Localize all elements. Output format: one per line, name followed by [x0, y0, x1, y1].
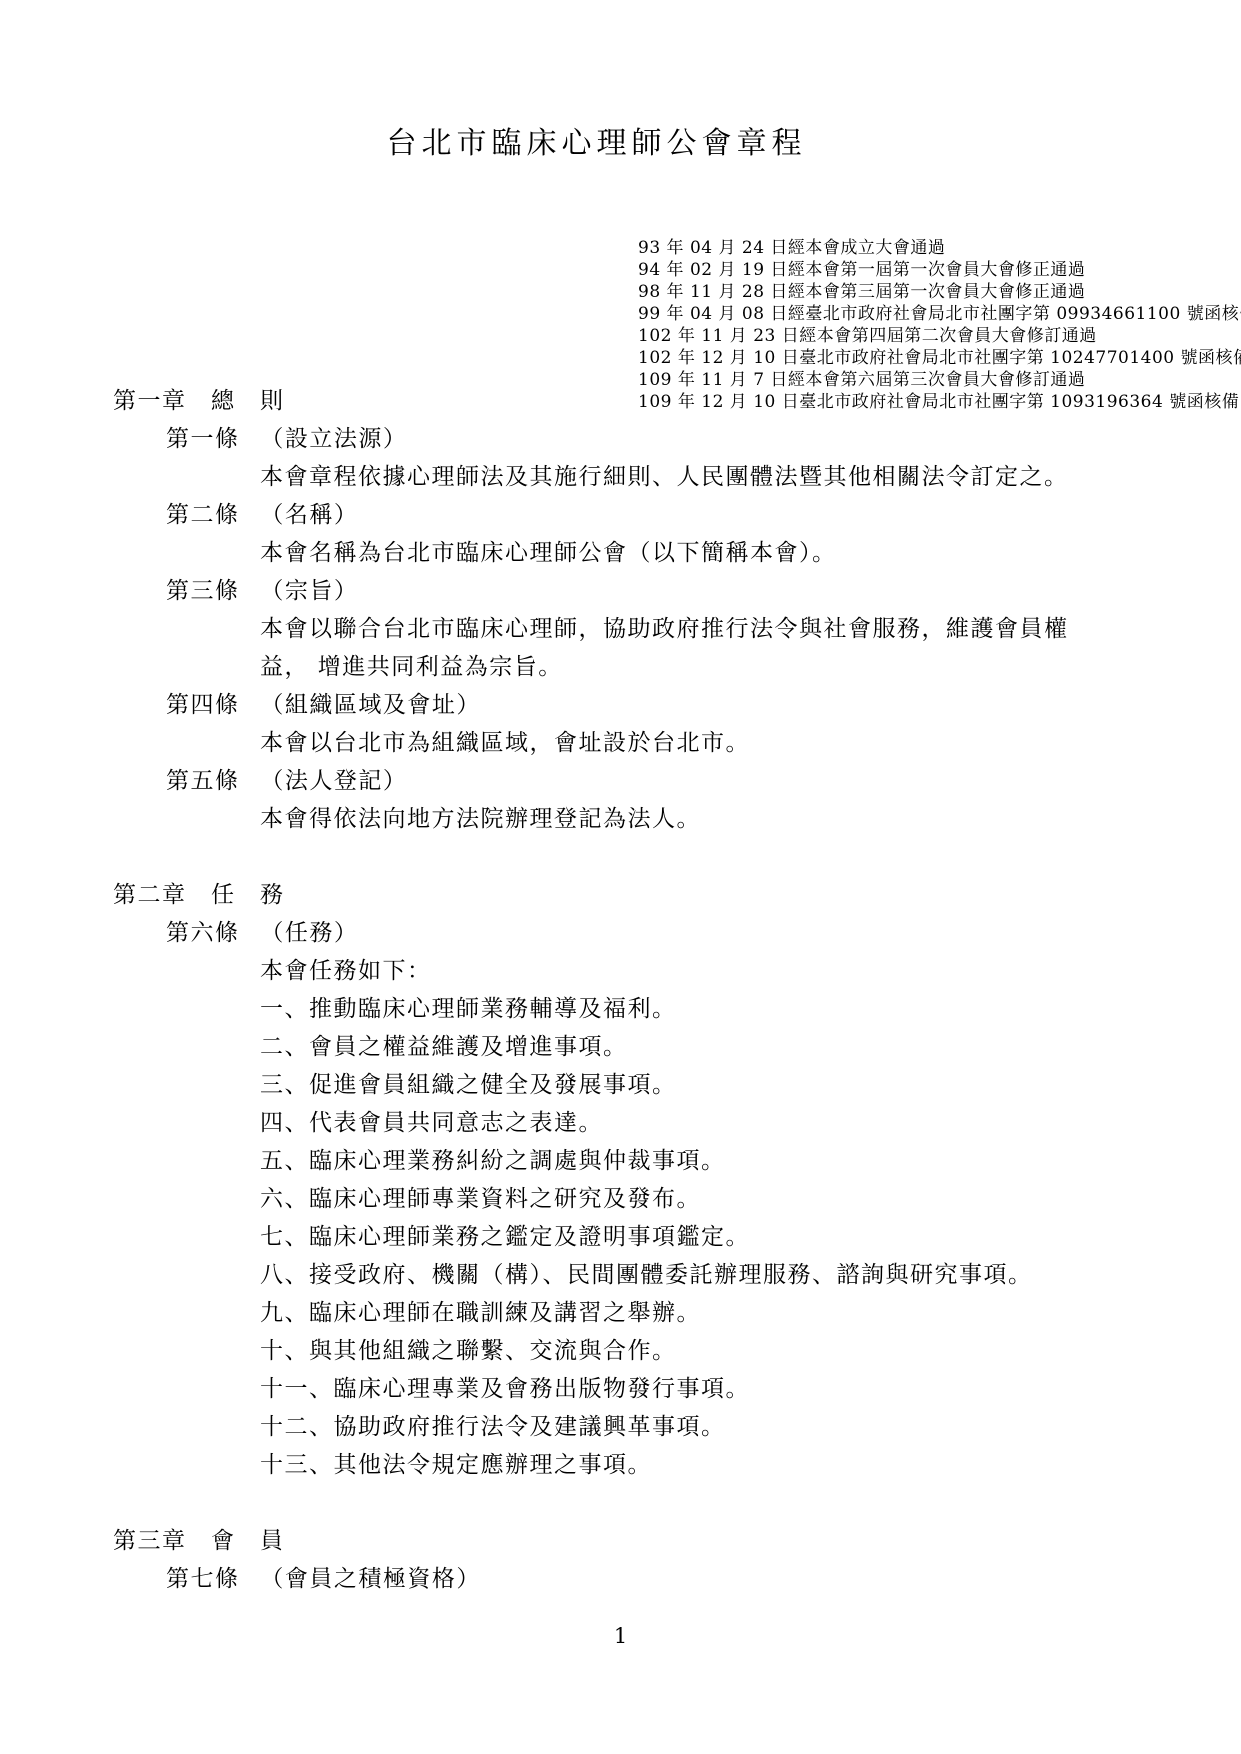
task-item-13: 十三、其他法令規定應辦理之事項。	[113, 1446, 1080, 1484]
article-title: （法人登記）	[260, 768, 407, 794]
document-page: 台北市臨床心理師公會章程 93 年 04 月 24 日經本會成立大會通過 94 …	[0, 0, 1241, 1754]
task-item-12: 十二、協助政府推行法令及建議興革事項。	[113, 1408, 1080, 1446]
article-6-heading: 第六條 （任務）	[113, 914, 1080, 952]
page-number: 1	[0, 1624, 1241, 1648]
article-title: （會員之積極資格）	[260, 1566, 481, 1592]
revision-entry: 102 年 12 月 10 日臺北市政府社會局北市社團字第 1024770140…	[638, 347, 1241, 369]
chapter-2-heading: 第二章 任 務	[113, 876, 1080, 914]
chapter-3-heading: 第三章 會 員	[113, 1522, 1080, 1560]
article-5-text: 本會得依法向地方法院辦理登記為法人。	[113, 800, 1080, 838]
article-number: 第六條	[166, 920, 240, 946]
revision-entry: 94 年 02 月 19 日經本會第一屆第一次會員大會修正通過	[638, 259, 1241, 281]
article-7-heading: 第七條 （會員之積極資格）	[113, 1560, 1080, 1598]
article-2-text: 本會名稱為台北市臨床心理師公會（以下簡稱本會）。	[113, 534, 1080, 572]
article-3-text: 益， 增進共同利益為宗旨。	[113, 648, 1080, 686]
article-4-text: 本會以台北市為組織區域，會址設於台北市。	[113, 724, 1080, 762]
article-title: （設立法源）	[260, 426, 407, 452]
article-3-text: 本會以聯合台北市臨床心理師，協助政府推行法令與社會服務，維護會員權	[113, 610, 1080, 648]
task-item-2: 二、會員之權益維護及增進事項。	[113, 1028, 1080, 1066]
article-5-heading: 第五條 （法人登記）	[113, 762, 1080, 800]
task-item-8: 八、接受政府、機關（構）、民間團體委託辦理服務、諮詢與研究事項。	[113, 1256, 1080, 1294]
task-item-11: 十一、臨床心理專業及會務出版物發行事項。	[113, 1370, 1080, 1408]
task-item-4: 四、代表會員共同意志之表達。	[113, 1104, 1080, 1142]
article-number: 第四條	[166, 692, 240, 718]
article-number: 第五條	[166, 768, 240, 794]
article-2-heading: 第二條 （名稱）	[113, 496, 1080, 534]
task-item-7: 七、臨床心理師業務之鑑定及證明事項鑑定。	[113, 1218, 1080, 1256]
article-title: （任務）	[260, 920, 358, 946]
article-number: 第三條	[166, 578, 240, 604]
article-title: （宗旨）	[260, 578, 358, 604]
article-number: 第七條	[166, 1566, 240, 1592]
document-body: 第一章 總 則 第一條 （設立法源） 本會章程依據心理師法及其施行細則、人民團體…	[113, 382, 1080, 1598]
revision-entry: 99 年 04 月 08 日經臺北市政府社會局北市社團字第 0993466110…	[638, 303, 1241, 325]
article-3-heading: 第三條 （宗旨）	[113, 572, 1080, 610]
revision-entry: 98 年 11 月 28 日經本會第三屆第一次會員大會修正通過	[638, 281, 1241, 303]
task-item-9: 九、臨床心理師在職訓練及講習之舉辦。	[113, 1294, 1080, 1332]
article-6-intro: 本會任務如下：	[113, 952, 1080, 990]
task-item-6: 六、臨床心理師專業資料之研究及發布。	[113, 1180, 1080, 1218]
revision-entry: 102 年 11 月 23 日經本會第四屆第二次會員大會修訂通過	[638, 325, 1241, 347]
article-number: 第二條	[166, 502, 240, 528]
task-item-1: 一、推動臨床心理師業務輔導及福利。	[113, 990, 1080, 1028]
article-1-heading: 第一條 （設立法源）	[113, 420, 1080, 458]
revision-entry: 93 年 04 月 24 日經本會成立大會通過	[638, 237, 1241, 259]
article-1-text: 本會章程依據心理師法及其施行細則、人民團體法暨其他相關法令訂定之。	[113, 458, 1080, 496]
task-item-3: 三、促進會員組織之健全及發展事項。	[113, 1066, 1080, 1104]
task-item-5: 五、臨床心理業務糾紛之調處與仲裁事項。	[113, 1142, 1080, 1180]
chapter-1-heading: 第一章 總 則	[113, 382, 1080, 420]
task-item-10: 十、與其他組織之聯繫、交流與合作。	[113, 1332, 1080, 1370]
blank-line	[113, 838, 1080, 876]
blank-line	[113, 1484, 1080, 1522]
document-title: 台北市臨床心理師公會章程	[113, 118, 1080, 162]
article-title: （組織區域及會址）	[260, 692, 481, 718]
article-title: （名稱）	[260, 502, 358, 528]
article-number: 第一條	[166, 426, 240, 452]
article-4-heading: 第四條 （組織區域及會址）	[113, 686, 1080, 724]
